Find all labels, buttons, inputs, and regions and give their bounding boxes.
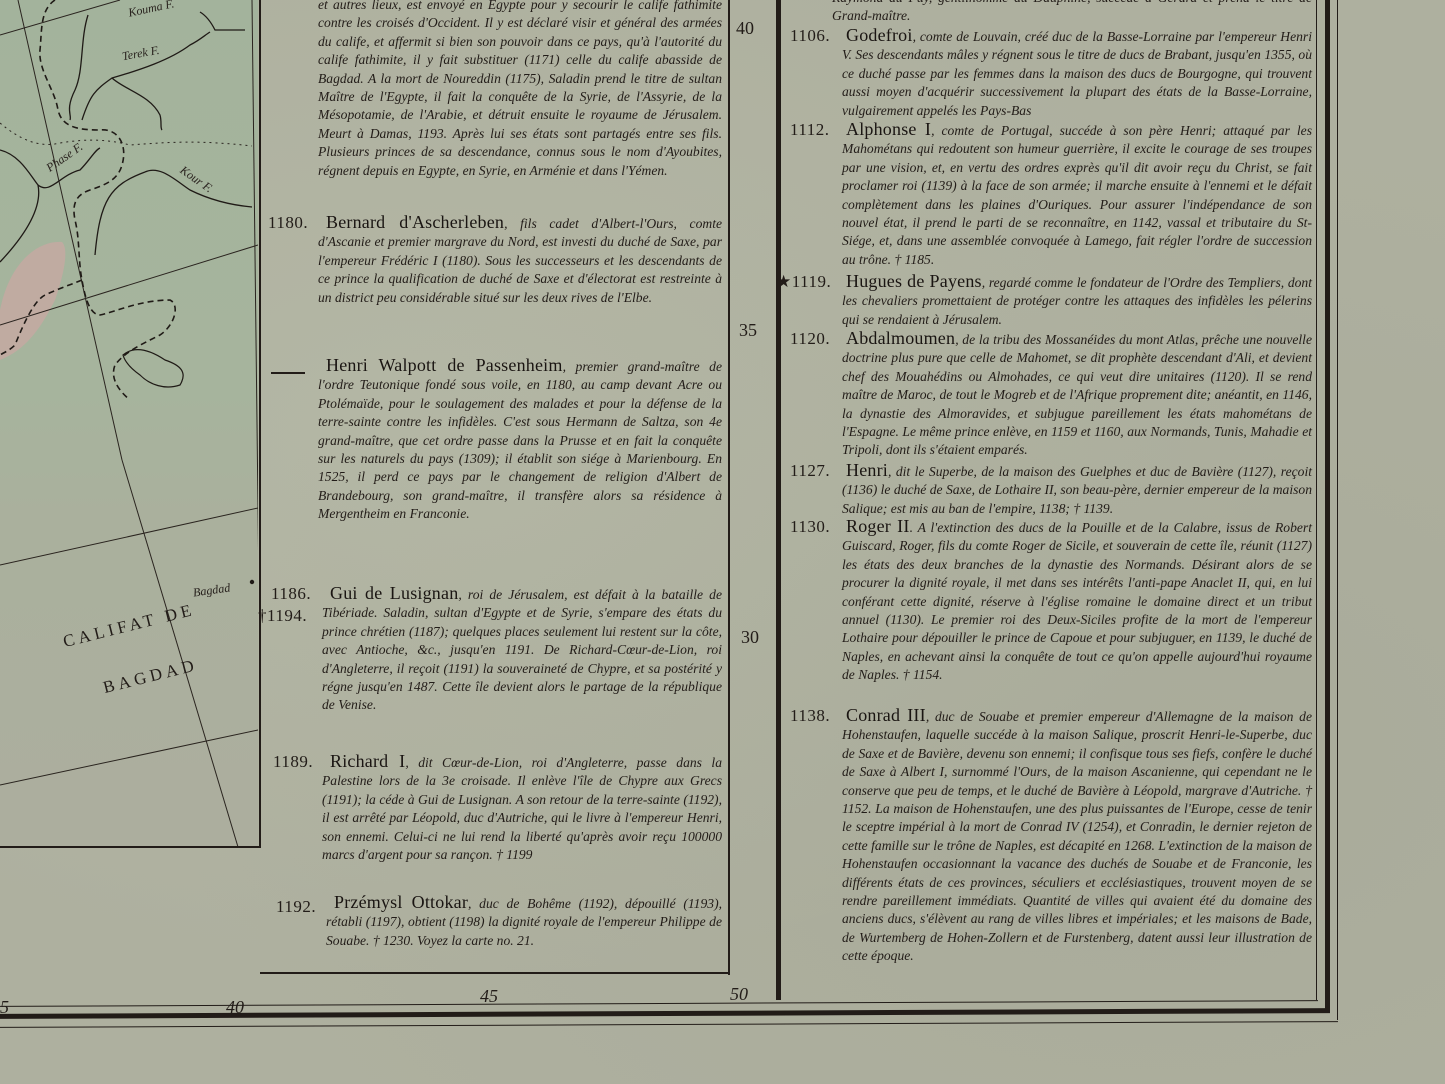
right-column-left-thick-border <box>776 0 781 1000</box>
entry-name: Henri <box>846 460 888 480</box>
entry-year: 1186. <box>271 584 311 604</box>
entry-name: Abdalmoumen <box>846 328 955 348</box>
entry-text: , duc de Souabe et premier empereur d'Al… <box>842 709 1312 963</box>
entry-text: , de la tribu des Mossanéides du mont At… <box>842 332 1312 457</box>
entry-name: Roger II <box>846 516 910 536</box>
right-column-inner-border <box>1316 0 1317 1000</box>
entry-text: , roi de Jérusalem, est défait à la bata… <box>322 587 722 712</box>
entry-body: Bernard d'Ascherleben, fils cadet d'Albe… <box>318 213 722 307</box>
entry-year: 1106. <box>790 26 830 46</box>
scale-tick-bottom-45: 45 <box>480 986 498 1007</box>
entry-text: , dit le Superbe, de la maison des Guelp… <box>842 464 1312 516</box>
left-column-border <box>259 0 261 848</box>
entry-text: Raymond du Puy, gentilhomme du Dauphiné,… <box>832 0 1312 26</box>
entry-body: Conrad III, duc de Souabe et premier emp… <box>842 706 1312 966</box>
scale-tick-side-35: 35 <box>739 320 757 341</box>
entry-year-dash <box>271 372 305 374</box>
entry-body: Henri Walpott de Passenheim, premier gra… <box>318 356 722 524</box>
map-drawing <box>0 0 258 847</box>
scale-tick-bottom-40: 40 <box>226 997 244 1018</box>
entry-name: Gui de Lusignan <box>330 583 458 603</box>
entry-name: Richard I <box>330 751 405 771</box>
scale-tick-side-40: 40 <box>736 18 754 39</box>
entry-text: . A l'extinction des ducs de la Pouille … <box>842 520 1312 682</box>
entry-year: 1127. <box>790 461 830 481</box>
right-outer-border <box>1337 0 1338 1020</box>
entry-text: , premier grand-maître de l'ordre Teuton… <box>318 359 722 521</box>
entry-body: Richard I, dit Cœur-de-Lion, roi d'Angle… <box>322 752 722 864</box>
right-thick-border <box>1325 0 1330 1010</box>
entry-text: , comte de Louvain, créé duc de la Basse… <box>842 29 1312 118</box>
entry-name: Bernard d'Ascherleben <box>326 212 504 232</box>
entry-name: Alphonse I <box>846 119 931 139</box>
scale-tick-bottom-5: 5 <box>0 997 9 1018</box>
entry-year: 1112. <box>790 120 830 140</box>
entry-year: 1189. <box>273 752 313 772</box>
entry-body: Roger II. A l'extinction des ducs de la … <box>842 517 1312 685</box>
entry-year: 1138. <box>790 706 830 726</box>
entry-year: ★1119. <box>776 272 831 292</box>
entry-body: Hugues de Payens, regardé comme le fonda… <box>842 272 1312 329</box>
left-column-right-border <box>728 0 730 975</box>
entry-body: Godefroi, comte de Louvain, créé duc de … <box>842 26 1312 120</box>
entry-name: Henri Walpott de Passenheim <box>326 355 563 375</box>
entry-body: Abdalmoumen, de la tribu des Mossanéides… <box>842 329 1312 460</box>
entry-body: Gui de Lusignan, roi de Jérusalem, est d… <box>322 584 722 715</box>
entry-name: Hugues de Payens <box>846 271 982 291</box>
entry-year: 1192. <box>276 897 316 917</box>
entry-year-death: †1194. <box>258 606 307 626</box>
map-bottom-border <box>0 846 260 848</box>
map-panel: Kouma F. Terek F. Phase F. Kour F. CALIF… <box>0 0 258 847</box>
entry-body: Alphonse I, comte de Portugal, succéde à… <box>842 120 1312 269</box>
entry-name: Godefroi <box>846 25 913 45</box>
entry-text: , comte de Portugal, succéde à son père … <box>842 123 1312 267</box>
left-column-bottom-border <box>260 972 730 974</box>
entry-year: 1180. <box>268 213 308 233</box>
entry-body: Henri, dit le Superbe, de la maison des … <box>842 461 1312 518</box>
entry-year: 1130. <box>790 517 830 537</box>
entry-text: et autres lieux, est envoyé en Egypte po… <box>318 0 722 180</box>
entry-year: 1120. <box>790 329 830 349</box>
entry-name: Przémysl Ottokar <box>334 892 468 912</box>
scale-tick-side-30: 30 <box>741 627 759 648</box>
scale-tick-bottom-50: 50 <box>730 984 748 1005</box>
entry-body: Przémysl Ottokar, duc de Bohême (1192), … <box>326 893 722 950</box>
entry-text: , dit Cœur-de-Lion, roi d'Angleterre, pa… <box>322 755 722 862</box>
entry-name: Conrad III <box>846 705 926 725</box>
